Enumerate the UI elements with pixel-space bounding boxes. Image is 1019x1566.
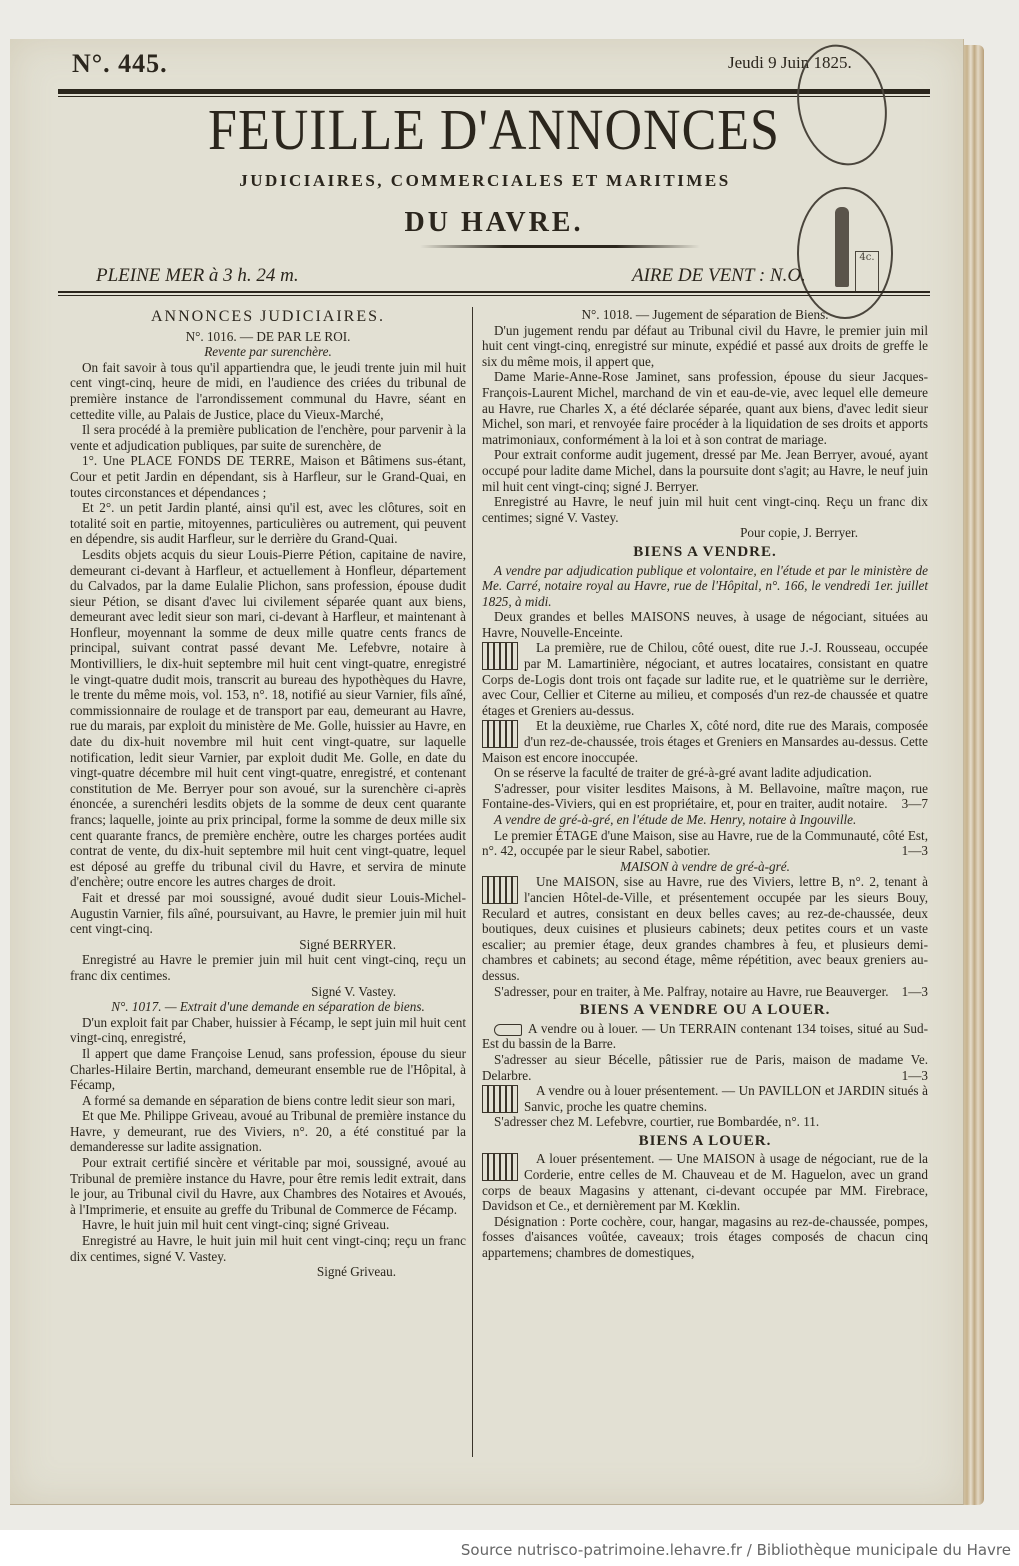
- notice-paragraph: Havre, le huit juin mil huit cent vingt-…: [70, 1217, 466, 1233]
- sale-contact: S'adresser, pour visiter lesdites Maison…: [482, 781, 928, 812]
- rental-description: A louer présentement. — Une MAISON à usa…: [482, 1151, 928, 1213]
- ad-reference: 1—3: [890, 843, 928, 859]
- subheader-rule-thin: [58, 295, 930, 296]
- sale-intro: A vendre par adjudication publique et vo…: [482, 563, 928, 610]
- timbre-royal-stamp-icon: 4c.: [797, 187, 893, 319]
- pavillon-description: A vendre ou à louer présentement. — Un P…: [524, 1083, 928, 1114]
- notice-paragraph: Il sera procédé à la première publicatio…: [70, 422, 466, 453]
- ad-reference: 1—3: [890, 984, 928, 1000]
- sale-lead: Deux grandes et belles MAISONS neuves, à…: [482, 609, 928, 640]
- stamp-price: 4c.: [855, 251, 879, 293]
- masthead-swash-divider: [420, 245, 700, 248]
- ad-reference: 3—7: [890, 796, 928, 812]
- newspaper-page: N°. 445. Jeudi 9 Juin 1825. FEUILLE D'AN…: [10, 39, 964, 1505]
- rental-designation: Désignation : Porte cochère, cour, hanga…: [482, 1214, 928, 1261]
- notice-1016-subheading: Revente par surenchère.: [70, 344, 466, 360]
- signature: Signé V. Vastey.: [70, 984, 466, 1000]
- section-title-biens-a-vendre: BIENS A VENDRE.: [482, 545, 928, 561]
- left-column: ANNONCES JUDICIAIRES. N°. 1016. — DE PAR…: [70, 307, 466, 1280]
- registration-note: Enregistré au Havre le premier juin mil …: [70, 952, 466, 983]
- terrain-description: A vendre ou à louer. — Un TERRAIN conten…: [482, 1021, 928, 1052]
- notice-paragraph: On fait savoir à tous qu'il appartiendra…: [70, 360, 466, 422]
- notice-paragraph: D'un exploit fait par Chaber, huissier à…: [70, 1015, 466, 1046]
- column-divider: [472, 307, 473, 1457]
- notice-1017-heading: N°. 1017. — Extrait d'une demande en sép…: [70, 999, 466, 1015]
- gre-a-gre-intro: A vendre de gré-à-gré, en l'étude de Me.…: [482, 812, 928, 828]
- pointing-hand-icon: [494, 1024, 522, 1036]
- notice-paragraph: Enregistré au Havre, le neuf juin mil hu…: [482, 494, 928, 525]
- right-column: N°. 1018. — Jugement de séparation de Bi…: [482, 307, 928, 1261]
- section-title-vendre-ou-louer: BIENS A VENDRE OU A LOUER.: [482, 1003, 928, 1019]
- notice-paragraph: Pour extrait certifié sincère et véritab…: [70, 1155, 466, 1217]
- notice-paragraph: 1°. Une PLACE FONDS DE TERRE, Maison et …: [70, 453, 466, 500]
- notice-paragraph: D'un jugement rendu par défaut au Tribun…: [482, 323, 928, 370]
- wind-info: AIRE DE VENT : N.O.: [632, 265, 806, 287]
- signature: Signé BERRYER.: [70, 937, 466, 953]
- section-title-biens-a-louer: BIENS A LOUER.: [482, 1134, 928, 1150]
- maison-contact: S'adresser, pour en traiter, à Me. Palfr…: [494, 984, 889, 999]
- pavilion-icon: [482, 1085, 518, 1113]
- notice-paragraph: Enregistré au Havre, le huit juin mil hu…: [70, 1233, 466, 1264]
- sale-reserve: On se réserve la faculté de traiter de g…: [482, 765, 928, 781]
- house-2-description: Et la deuxième, rue Charles X, côté nord…: [482, 718, 928, 764]
- notice-paragraph: A formé sa demande en séparation de bien…: [70, 1093, 466, 1109]
- masthead-subtitle: JUDICIAIRES, COMMERCIALES ET MARITIMES: [30, 171, 940, 191]
- issue-number: N°. 445.: [72, 49, 168, 79]
- subheader-rule: [58, 291, 930, 293]
- pavillon-contact: S'adresser chez M. Lefebvre, courtier, r…: [482, 1114, 928, 1130]
- notice-paragraph: Il appert que dame Françoise Lenud, sans…: [70, 1046, 466, 1093]
- notice-paragraph: Pour extrait conforme audit jugement, dr…: [482, 447, 928, 494]
- tide-info: PLEINE MER à 3 h. 24 m.: [96, 265, 299, 287]
- notice-paragraph: Et 2°. un petit Jardin planté, ainsi qu'…: [70, 500, 466, 547]
- allegorical-figure-icon: [835, 207, 849, 287]
- house-1-description: La première, rue de Chilou, côté ouest, …: [482, 640, 928, 717]
- signature: Signé Griveau.: [70, 1264, 466, 1280]
- house-icon: [482, 1153, 518, 1181]
- notice-paragraph: Dame Marie-Anne-Rose Jaminet, sans profe…: [482, 369, 928, 447]
- house-icon: [482, 720, 518, 748]
- notice-1016-heading: N°. 1016. — DE PAR LE ROI.: [70, 329, 466, 345]
- source-caption: Source nutrisco-patrimoine.lehavre.fr / …: [461, 1541, 1011, 1559]
- notice-paragraph: Et que Me. Philippe Griveau, avoué au Tr…: [70, 1108, 466, 1155]
- notice-paragraph: Lesdits objets acquis du sieur Louis-Pie…: [70, 547, 466, 890]
- masthead-title: FEUILLE D'ANNONCES: [58, 97, 930, 164]
- maison-description: Une MAISON, sise au Havre, rue des Vivie…: [482, 874, 928, 983]
- notice-1018-heading: N°. 1018. — Jugement de séparation de Bi…: [482, 307, 928, 323]
- etage-description: Le premier ÉTAGE d'une Maison, sise au H…: [482, 828, 928, 859]
- notice-paragraph: Fait et dressé par moi soussigné, avoué …: [70, 890, 466, 937]
- house-icon: [482, 876, 518, 904]
- maison-title: MAISON à vendre de gré-à-gré.: [482, 859, 928, 875]
- ad-reference: 1—3: [890, 1068, 928, 1084]
- section-title-annonces-judiciaires: ANNONCES JUDICIAIRES.: [70, 309, 466, 325]
- house-icon: [482, 642, 518, 670]
- terrain-contact: S'adresser au sieur Bécelle, pâtissier r…: [482, 1052, 928, 1083]
- signature: Pour copie, J. Berryer.: [482, 525, 928, 541]
